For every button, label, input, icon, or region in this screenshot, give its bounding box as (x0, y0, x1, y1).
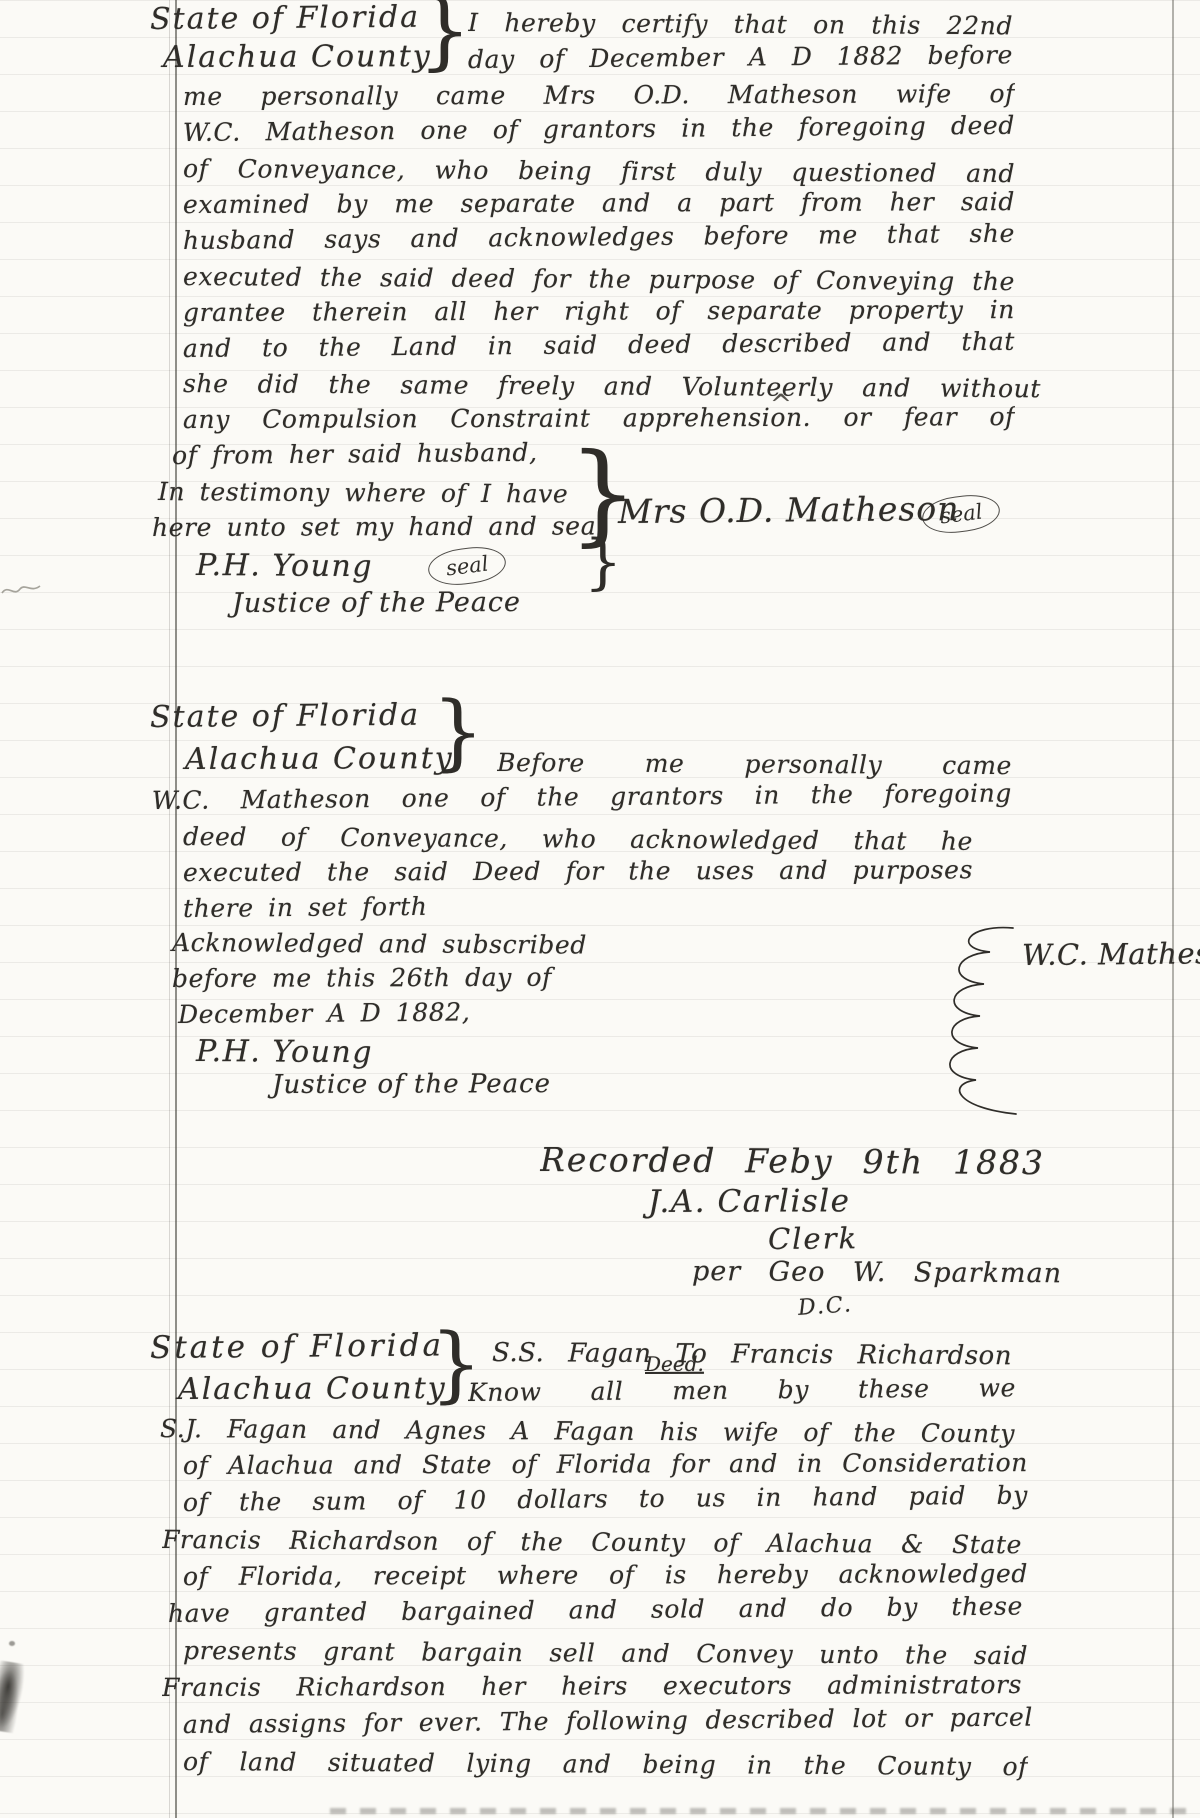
state-label: State of Florida (150, 698, 420, 735)
county-label: Alachua County (185, 741, 454, 777)
brace-icon: } (584, 532, 622, 592)
handwritten-line: of the sum of 10 dollars to us in hand p… (183, 1481, 1028, 1524)
deed-caption-note: Deed. (645, 1352, 704, 1376)
officer-signature: P.H. Young (196, 1034, 373, 1070)
ink-dot (9, 1641, 15, 1646)
seal-oval: seal (426, 543, 508, 588)
scanned-deed-record-page: State of Florida } I hereby certify that… (0, 0, 1200, 1818)
officer-signature: P.H. Young (196, 548, 373, 584)
handwritten-line: have granted bargained and sold and do b… (168, 1592, 1023, 1635)
handwritten-line: December A D 1882, (178, 997, 471, 1030)
handwritten-line: W.C. Matheson one of the grantors in the… (152, 778, 1012, 822)
signature-mrs-matheson: Mrs O.D. Matheson (618, 489, 960, 531)
handwritten-line: Acknowledged and subscribed (172, 928, 587, 961)
scan-edge-shadow (330, 1808, 1200, 1814)
deputy-clerk-initials: D.C. (797, 1292, 854, 1321)
pencil-scribble-mark (0, 580, 42, 600)
county-label: Alachua County (178, 1371, 447, 1407)
handwritten-line: executed the said Deed for the uses and … (183, 855, 973, 894)
signature-wc-matheson: W.C. Matheson (1022, 936, 1200, 972)
handwritten-line: and to the Land in said deed described a… (183, 327, 1015, 370)
recorded-line: Recorded Feby 9th 1883 (540, 1140, 1045, 1187)
handwritten-line: W.C. Matheson one of grantors in the for… (183, 111, 1015, 154)
handwritten-line: there in set forth (183, 892, 428, 924)
handwritten-line: husband says and acknowledges before me … (183, 219, 1015, 262)
spring-brace-icon (938, 922, 1023, 1122)
ink-smudge (0, 1660, 28, 1734)
deputy-clerk-line: per Geo W. Sparkman (692, 1256, 1062, 1296)
handwritten-line: and assigns for ever. The following desc… (183, 1703, 1033, 1746)
handwritten-line: of land situated lying and being in the … (183, 1747, 1028, 1788)
clerk-title: Clerk (768, 1221, 858, 1256)
handwritten-line: of from her said husband, (172, 438, 538, 471)
handwritten-line: day of December A D 1882 before (468, 40, 1013, 81)
officer-title: Justice of the Peace (232, 587, 521, 619)
caret-mark: ^ (770, 390, 792, 420)
handwritten-line: In testimony where of I have (158, 477, 569, 510)
state-label: State of Florida (150, 1327, 444, 1366)
handwritten-line: before me this 26th day of (172, 963, 552, 994)
handwritten-line: here unto set my hand and seal (152, 511, 605, 543)
officer-title: Justice of the Peace (272, 1069, 551, 1100)
clerk-signature: J.A. Carlisle (648, 1183, 851, 1220)
state-label: State of Florida (150, 0, 420, 37)
right-margin-rule (1172, 0, 1174, 1818)
county-label: Alachua County (163, 39, 432, 75)
handwritten-line: Know all men by these we (468, 1373, 1016, 1414)
